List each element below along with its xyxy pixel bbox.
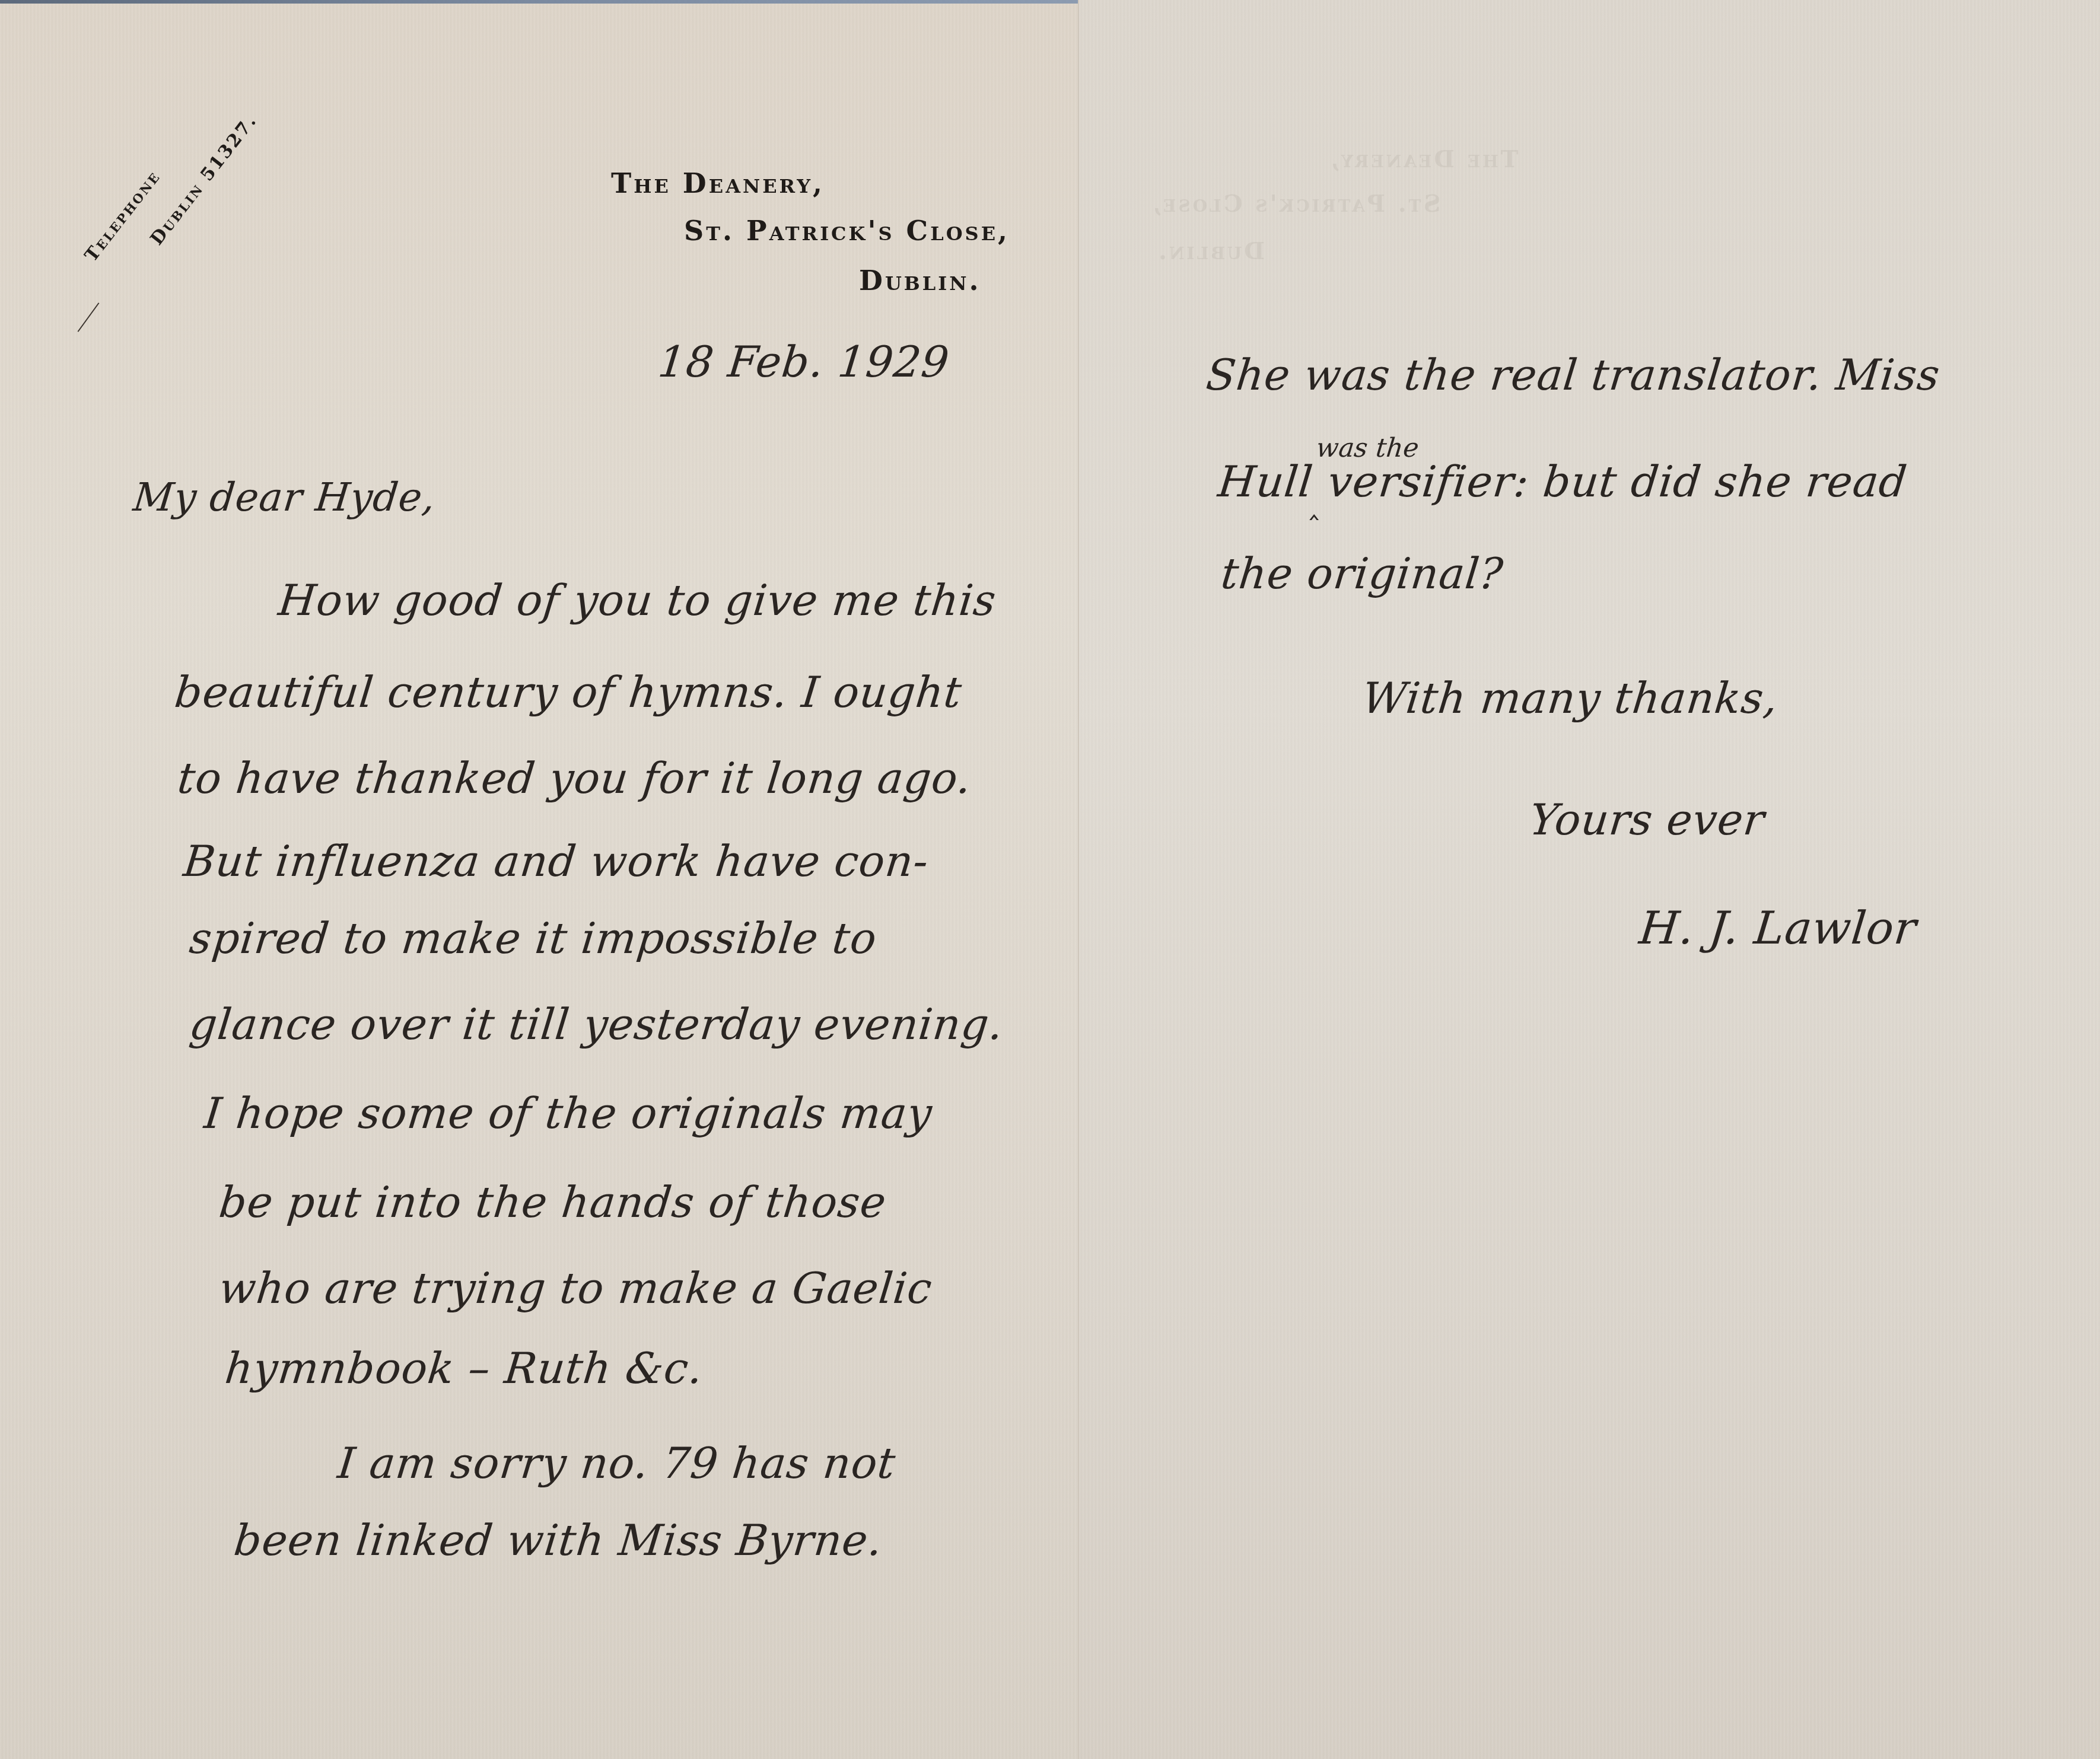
- body-line: versifier: but did she read: [1326, 457, 1910, 506]
- letterhead-line-2: St. Patrick's Close,: [684, 215, 1010, 247]
- letterhead-line-1: The Deanery,: [611, 167, 825, 199]
- caret-insertion-mark: ‸: [1309, 487, 1319, 521]
- letter-page-1: Telephone Dublin 51327. The Deanery, St.…: [0, 0, 1078, 1759]
- body-line: the original?: [1219, 549, 1506, 598]
- ghost-letterhead-line-2: St. Patrick's Close,: [1150, 190, 1440, 218]
- body-line: I hope some of the originals may: [202, 1088, 935, 1138]
- ghost-letterhead-line-1: The Deanery,: [1328, 145, 1519, 173]
- body-line: beautiful century of hymns. I ought: [173, 667, 965, 717]
- body-line: How good of you to give me this: [276, 575, 999, 625]
- closing-line: With many thanks,: [1360, 673, 1781, 723]
- letterhead-line-3: Dublin.: [859, 265, 981, 297]
- signature: H. J. Lawlor: [1637, 901, 1919, 954]
- body-line: spired to make it impossible to: [187, 913, 880, 963]
- telephone-label: Telephone: [81, 167, 165, 266]
- letter-page-2: The Deanery, St. Patrick's Close, Dublin…: [1078, 0, 2100, 1759]
- body-line: I am sorry no. 79 has not: [336, 1438, 898, 1488]
- body-line: But influenza and work have con-: [182, 836, 931, 886]
- page-top-edge: [0, 0, 1078, 4]
- ghost-letterhead-line-3: Dublin.: [1156, 237, 1265, 265]
- letter-date: 18 Feb. 1929: [656, 337, 952, 387]
- body-line: been linked with Miss Byrne.: [232, 1515, 885, 1565]
- body-line: Hull: [1216, 457, 1316, 506]
- salutation: My dear Hyde,: [131, 474, 438, 520]
- valediction: Yours ever: [1528, 795, 1767, 845]
- body-line: be put into the hands of those: [217, 1177, 889, 1227]
- body-line: glance over it till yesterday evening.: [187, 999, 1006, 1049]
- telephone-stamp: Telephone Dublin 51327.: [65, 18, 298, 269]
- body-line: who are trying to make a Gaelic: [217, 1263, 935, 1313]
- telephone-underline: [78, 302, 100, 332]
- body-line: to have thanked you for it long ago.: [176, 753, 974, 803]
- body-line: hymnbook – Ruth &c.: [223, 1343, 706, 1393]
- body-line: She was the real translator. Miss: [1204, 350, 1943, 400]
